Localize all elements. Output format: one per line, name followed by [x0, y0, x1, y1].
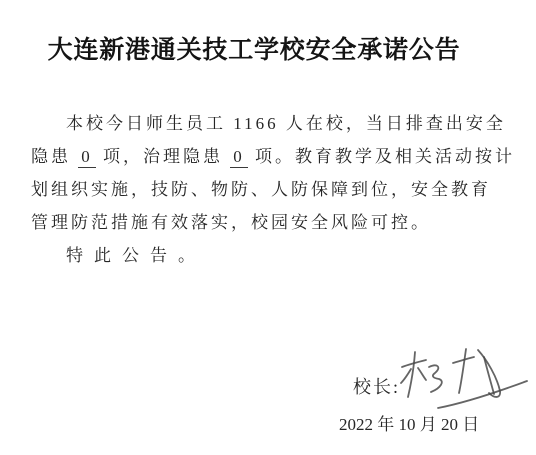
signature-stroke	[408, 352, 415, 397]
principal-label: 校长:	[353, 375, 400, 399]
body-line: 划组织实施，技防、物防、人防保障到位，安全教育	[31, 173, 511, 206]
signature-stroke	[418, 368, 426, 380]
body-line: 特此公告。	[31, 239, 511, 272]
body-text-segment: 隐患	[31, 147, 78, 166]
principal-handwritten-signature	[396, 338, 532, 416]
body-text-segment: 特此公告。	[66, 246, 206, 265]
body-text-segment: 本校今日师生员工 1166 人在校，当日排查出安全	[66, 114, 506, 133]
signature-stroke	[438, 381, 527, 408]
body-paragraph: 本校今日师生员工 1166 人在校，当日排查出安全隐患 0 项，治理隐患 0 项…	[31, 107, 511, 272]
body-text-segment: 项，治理隐患	[96, 147, 231, 166]
body-text-segment: 划组织实施，技防、物防、人防保障到位，安全教育	[31, 180, 491, 199]
body-line: 本校今日师生员工 1166 人在校，当日排查出安全	[31, 107, 511, 140]
announcement-document: 大连新港通关技工学校安全承诺公告 本校今日师生员工 1166 人在校，当日排查出…	[0, 0, 536, 455]
underlined-count-value: 0	[78, 147, 96, 168]
signature-stroke	[429, 365, 442, 392]
body-text-segment: 项。教育教学及相关活动按计	[248, 147, 515, 166]
signature-stroke	[484, 357, 494, 394]
announcement-date: 2022 年 10 月 20 日	[339, 414, 479, 436]
body-line: 管理防范措施有效落实，校园安全风险可控。	[31, 206, 511, 239]
signature-stroke	[459, 349, 466, 393]
underlined-count-value: 0	[230, 147, 248, 168]
body-line: 隐患 0 项，治理隐患 0 项。教育教学及相关活动按计	[31, 140, 511, 173]
document-title: 大连新港通关技工学校安全承诺公告	[0, 33, 508, 67]
body-text-segment: 管理防范措施有效落实，校园安全风险可控。	[31, 213, 431, 232]
signature-stroke	[401, 369, 411, 383]
